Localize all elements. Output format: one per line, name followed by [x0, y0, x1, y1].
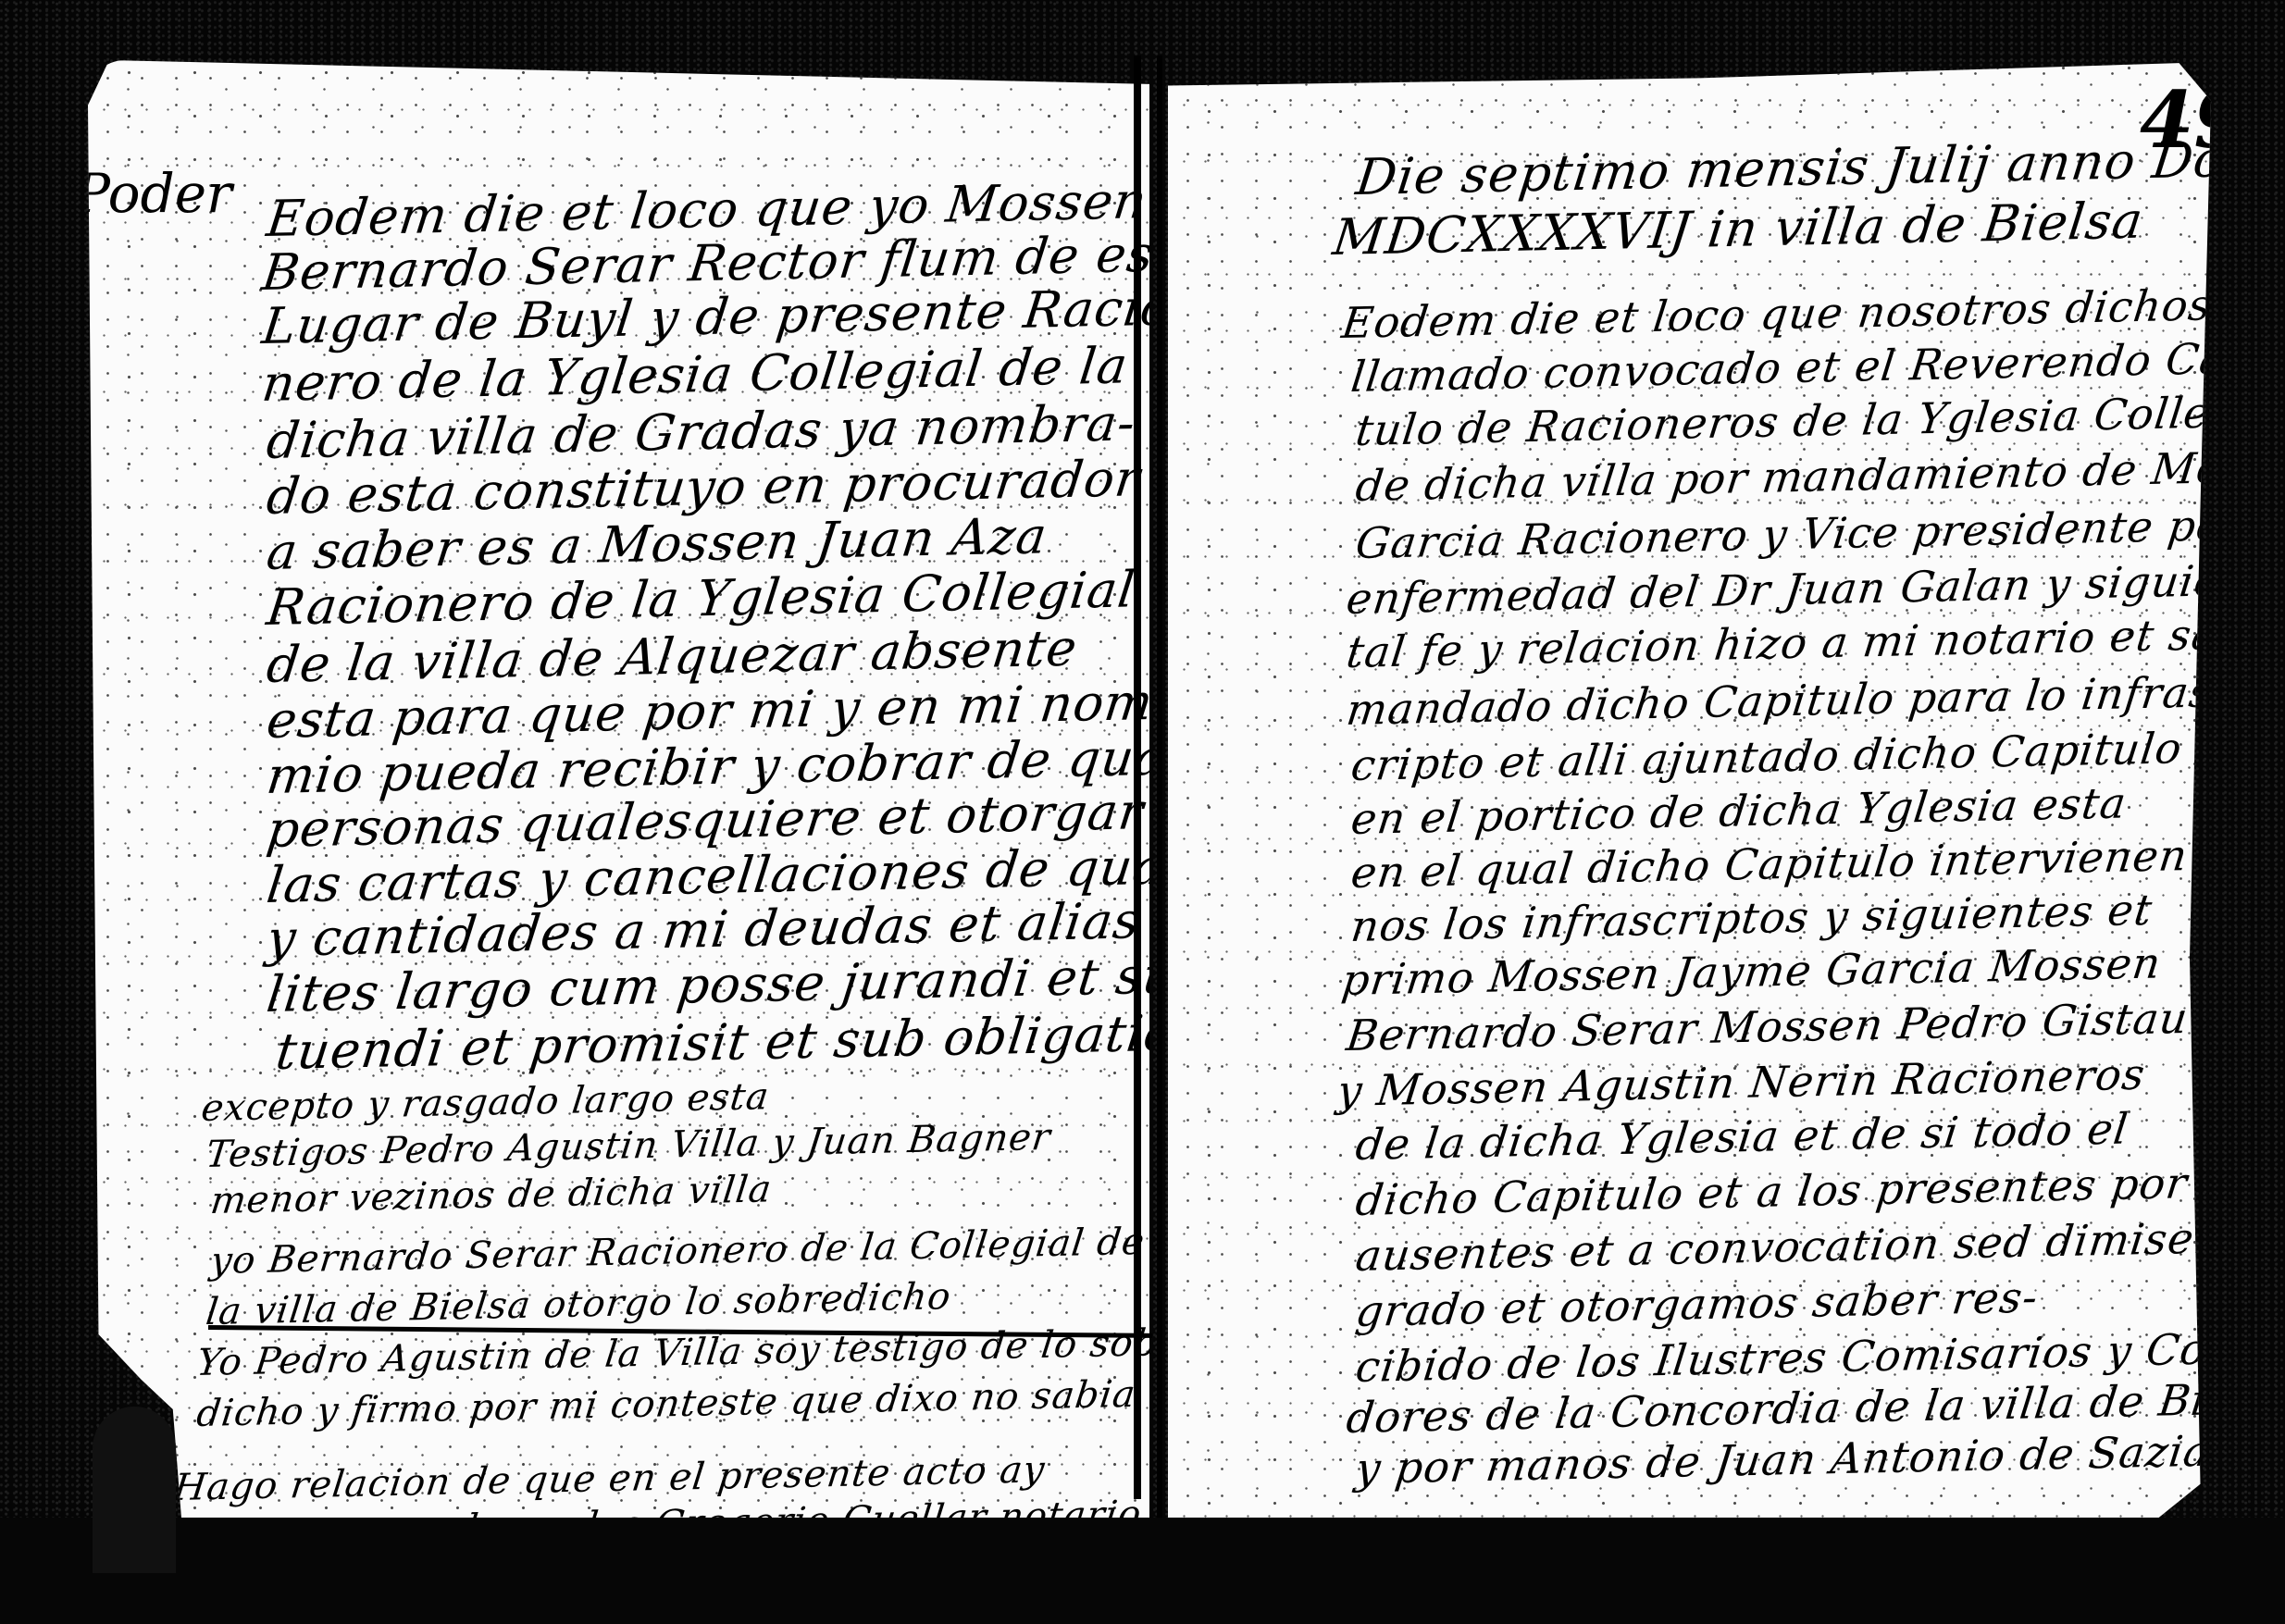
text-line: yo Bernardo Serar Racionero de la Colleg…	[208, 1221, 1148, 1283]
text-line: menor vezinos de dicha villa	[208, 1168, 775, 1222]
margin-heading-poder: Poder	[88, 162, 232, 225]
page-corner-curl	[93, 1407, 176, 1573]
text-line: excepto y rasgado largo esta	[199, 1075, 772, 1130]
text-line: grado et otorgamos saber res-	[1353, 1272, 2041, 1336]
scan-bottom-shadow	[0, 1518, 2285, 1624]
gutter-rule-left	[1134, 56, 1141, 1499]
right-page: 49 Die septimo mensis Julij anno Domini …	[1168, 56, 2232, 1559]
text-line: de la dicha Yglesia et de si todo el	[1353, 1104, 2131, 1170]
gutter-rule-right	[1157, 56, 1162, 1555]
text-line: dicho y firmo por mi conteste que dixo n…	[194, 1373, 1138, 1435]
text-line: la villa de Bielsa otorgo lo sobredicho	[204, 1275, 953, 1333]
